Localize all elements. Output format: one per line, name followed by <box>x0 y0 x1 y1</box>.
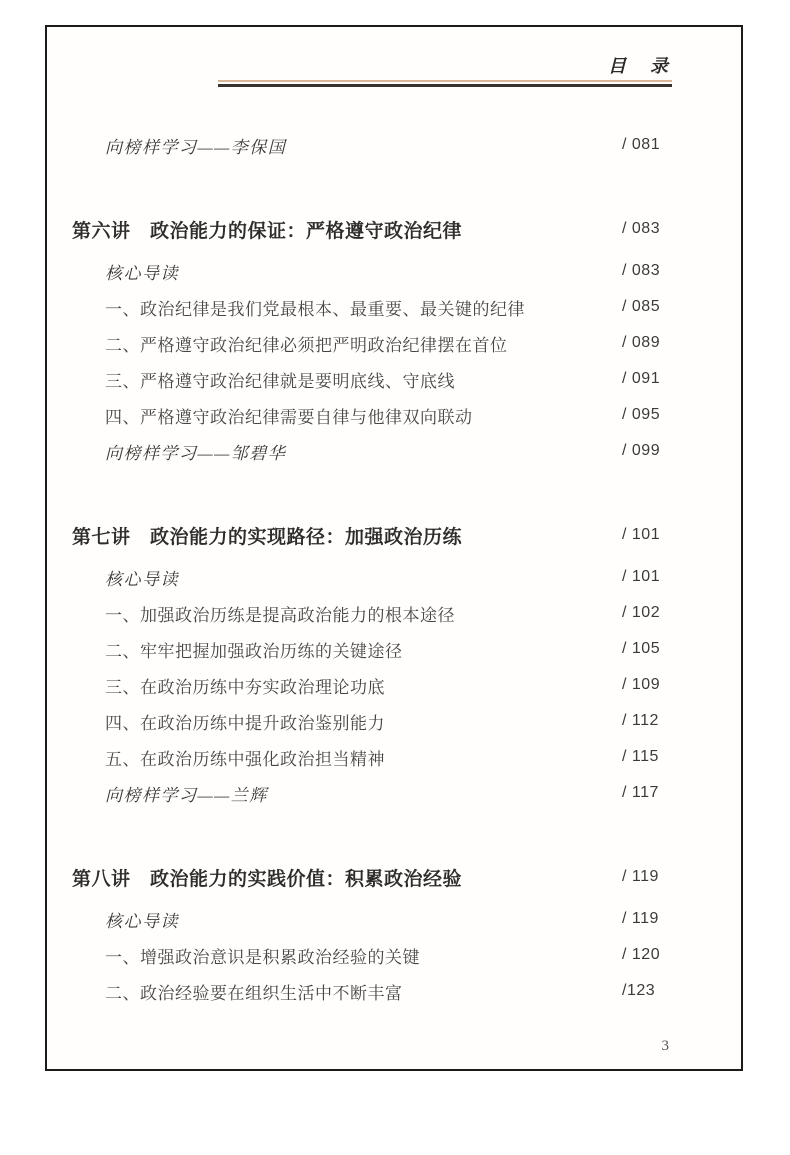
toc-entry-title: 二、牢牢把握加强政治历练的关键途径 <box>72 637 622 662</box>
toc-entry: 四、严格遵守政治纪律需要自律与他律双向联动/ 095 <box>72 397 687 433</box>
toc-entry-title: 核心导读 <box>72 907 622 932</box>
toc-entry: 第六讲 政治能力的保证：严格遵守政治纪律/ 083 <box>72 211 687 247</box>
toc-entry: 三、严格遵守政治纪律就是要明底线、守底线/ 091 <box>72 361 687 397</box>
toc-entry: 核心导读/ 083 <box>72 253 687 289</box>
toc-entry-title: 核心导读 <box>72 259 622 284</box>
toc-entry: 二、政治经验要在组织生活中不断丰富/123 <box>72 973 687 1009</box>
toc-entry-title: 向榜样学习——李保国 <box>72 133 622 158</box>
toc-entry-page-number: / 102 <box>622 604 687 622</box>
toc-entry-page-number: / 083 <box>622 220 687 238</box>
toc-entry-title: 一、加强政治历练是提高政治能力的根本途径 <box>72 601 622 626</box>
book-page: 目 录 向榜样学习——李保国/ 081第六讲 政治能力的保证：严格遵守政治纪律/… <box>45 25 743 1071</box>
toc-entry-page-number: / 117 <box>622 784 687 802</box>
toc-entry-page-number: / 115 <box>622 748 687 766</box>
toc-entry-title: 四、在政治历练中提升政治鉴别能力 <box>72 709 622 734</box>
scan-background: 目 录 向榜样学习——李保国/ 081第六讲 政治能力的保证：严格遵守政治纪律/… <box>0 0 790 1155</box>
header-rule <box>218 80 672 89</box>
toc-entry-title: 向榜样学习——兰辉 <box>72 781 622 806</box>
toc-entry-page-number: / 119 <box>622 910 687 928</box>
toc-entry-title: 第八讲 政治能力的实践价值：积累政治经验 <box>72 864 622 891</box>
toc-entry-page-number: / 101 <box>622 568 687 586</box>
header-rule-dark-line <box>218 84 672 87</box>
toc-entry-page-number: / 091 <box>622 370 687 388</box>
toc-entry-title: 三、在政治历练中夯实政治理论功底 <box>72 673 622 698</box>
folio-page-number: 3 <box>662 1038 670 1055</box>
toc-entry-page-number: /123 <box>622 982 687 1000</box>
toc-entry: 五、在政治历练中强化政治担当精神/ 115 <box>72 739 687 775</box>
toc-entry-title: 五、在政治历练中强化政治担当精神 <box>72 745 622 770</box>
toc-entry: 核心导读/ 101 <box>72 559 687 595</box>
toc-entry-title: 向榜样学习——邹碧华 <box>72 439 622 464</box>
toc-entry: 一、增强政治意识是积累政治经验的关键/ 120 <box>72 937 687 973</box>
toc-list: 向榜样学习——李保国/ 081第六讲 政治能力的保证：严格遵守政治纪律/ 083… <box>72 127 687 1009</box>
toc-entry: 第八讲 政治能力的实践价值：积累政治经验/ 119 <box>72 859 687 895</box>
toc-entry-title: 核心导读 <box>72 565 622 590</box>
toc-entry-title: 二、政治经验要在组织生活中不断丰富 <box>72 979 622 1004</box>
page-title: 目 录 <box>608 52 671 78</box>
toc-entry-page-number: / 095 <box>622 406 687 424</box>
toc-entry-page-number: / 105 <box>622 640 687 658</box>
toc-entry: 向榜样学习——李保国/ 081 <box>72 127 687 163</box>
toc-entry: 二、严格遵守政治纪律必须把严明政治纪律摆在首位/ 089 <box>72 325 687 361</box>
toc-entry-page-number: / 081 <box>622 136 687 154</box>
toc-entry-page-number: / 083 <box>622 262 687 280</box>
toc-entry-page-number: / 109 <box>622 676 687 694</box>
toc-entry-page-number: / 085 <box>622 298 687 316</box>
toc-entry-page-number: / 120 <box>622 946 687 964</box>
toc-entry: 向榜样学习——兰辉/ 117 <box>72 775 687 811</box>
toc-entry-title: 一、增强政治意识是积累政治经验的关键 <box>72 943 622 968</box>
toc-entry: 二、牢牢把握加强政治历练的关键途径/ 105 <box>72 631 687 667</box>
toc-entry-title: 三、严格遵守政治纪律就是要明底线、守底线 <box>72 367 622 392</box>
toc-entry-title: 一、政治纪律是我们党最根本、最重要、最关键的纪律 <box>72 295 622 320</box>
toc-entry-title: 第六讲 政治能力的保证：严格遵守政治纪律 <box>72 216 622 243</box>
toc-entry: 一、政治纪律是我们党最根本、最重要、最关键的纪律/ 085 <box>72 289 687 325</box>
toc-entry-title: 第七讲 政治能力的实现路径：加强政治历练 <box>72 522 622 549</box>
toc-entry-page-number: / 089 <box>622 334 687 352</box>
toc-entry-title: 四、严格遵守政治纪律需要自律与他律双向联动 <box>72 403 622 428</box>
toc-entry: 核心导读/ 119 <box>72 901 687 937</box>
toc-entry-page-number: / 119 <box>622 868 687 886</box>
toc-entry-page-number: / 101 <box>622 526 687 544</box>
toc-entry: 四、在政治历练中提升政治鉴别能力/ 112 <box>72 703 687 739</box>
toc-entry-page-number: / 099 <box>622 442 687 460</box>
toc-entry-title: 二、严格遵守政治纪律必须把严明政治纪律摆在首位 <box>72 331 622 356</box>
toc-entry: 向榜样学习——邹碧华/ 099 <box>72 433 687 469</box>
toc-entry-page-number: / 112 <box>622 712 687 730</box>
toc-entry: 三、在政治历练中夯实政治理论功底/ 109 <box>72 667 687 703</box>
toc-entry: 第七讲 政治能力的实现路径：加强政治历练/ 101 <box>72 517 687 553</box>
toc-entry: 一、加强政治历练是提高政治能力的根本途径/ 102 <box>72 595 687 631</box>
